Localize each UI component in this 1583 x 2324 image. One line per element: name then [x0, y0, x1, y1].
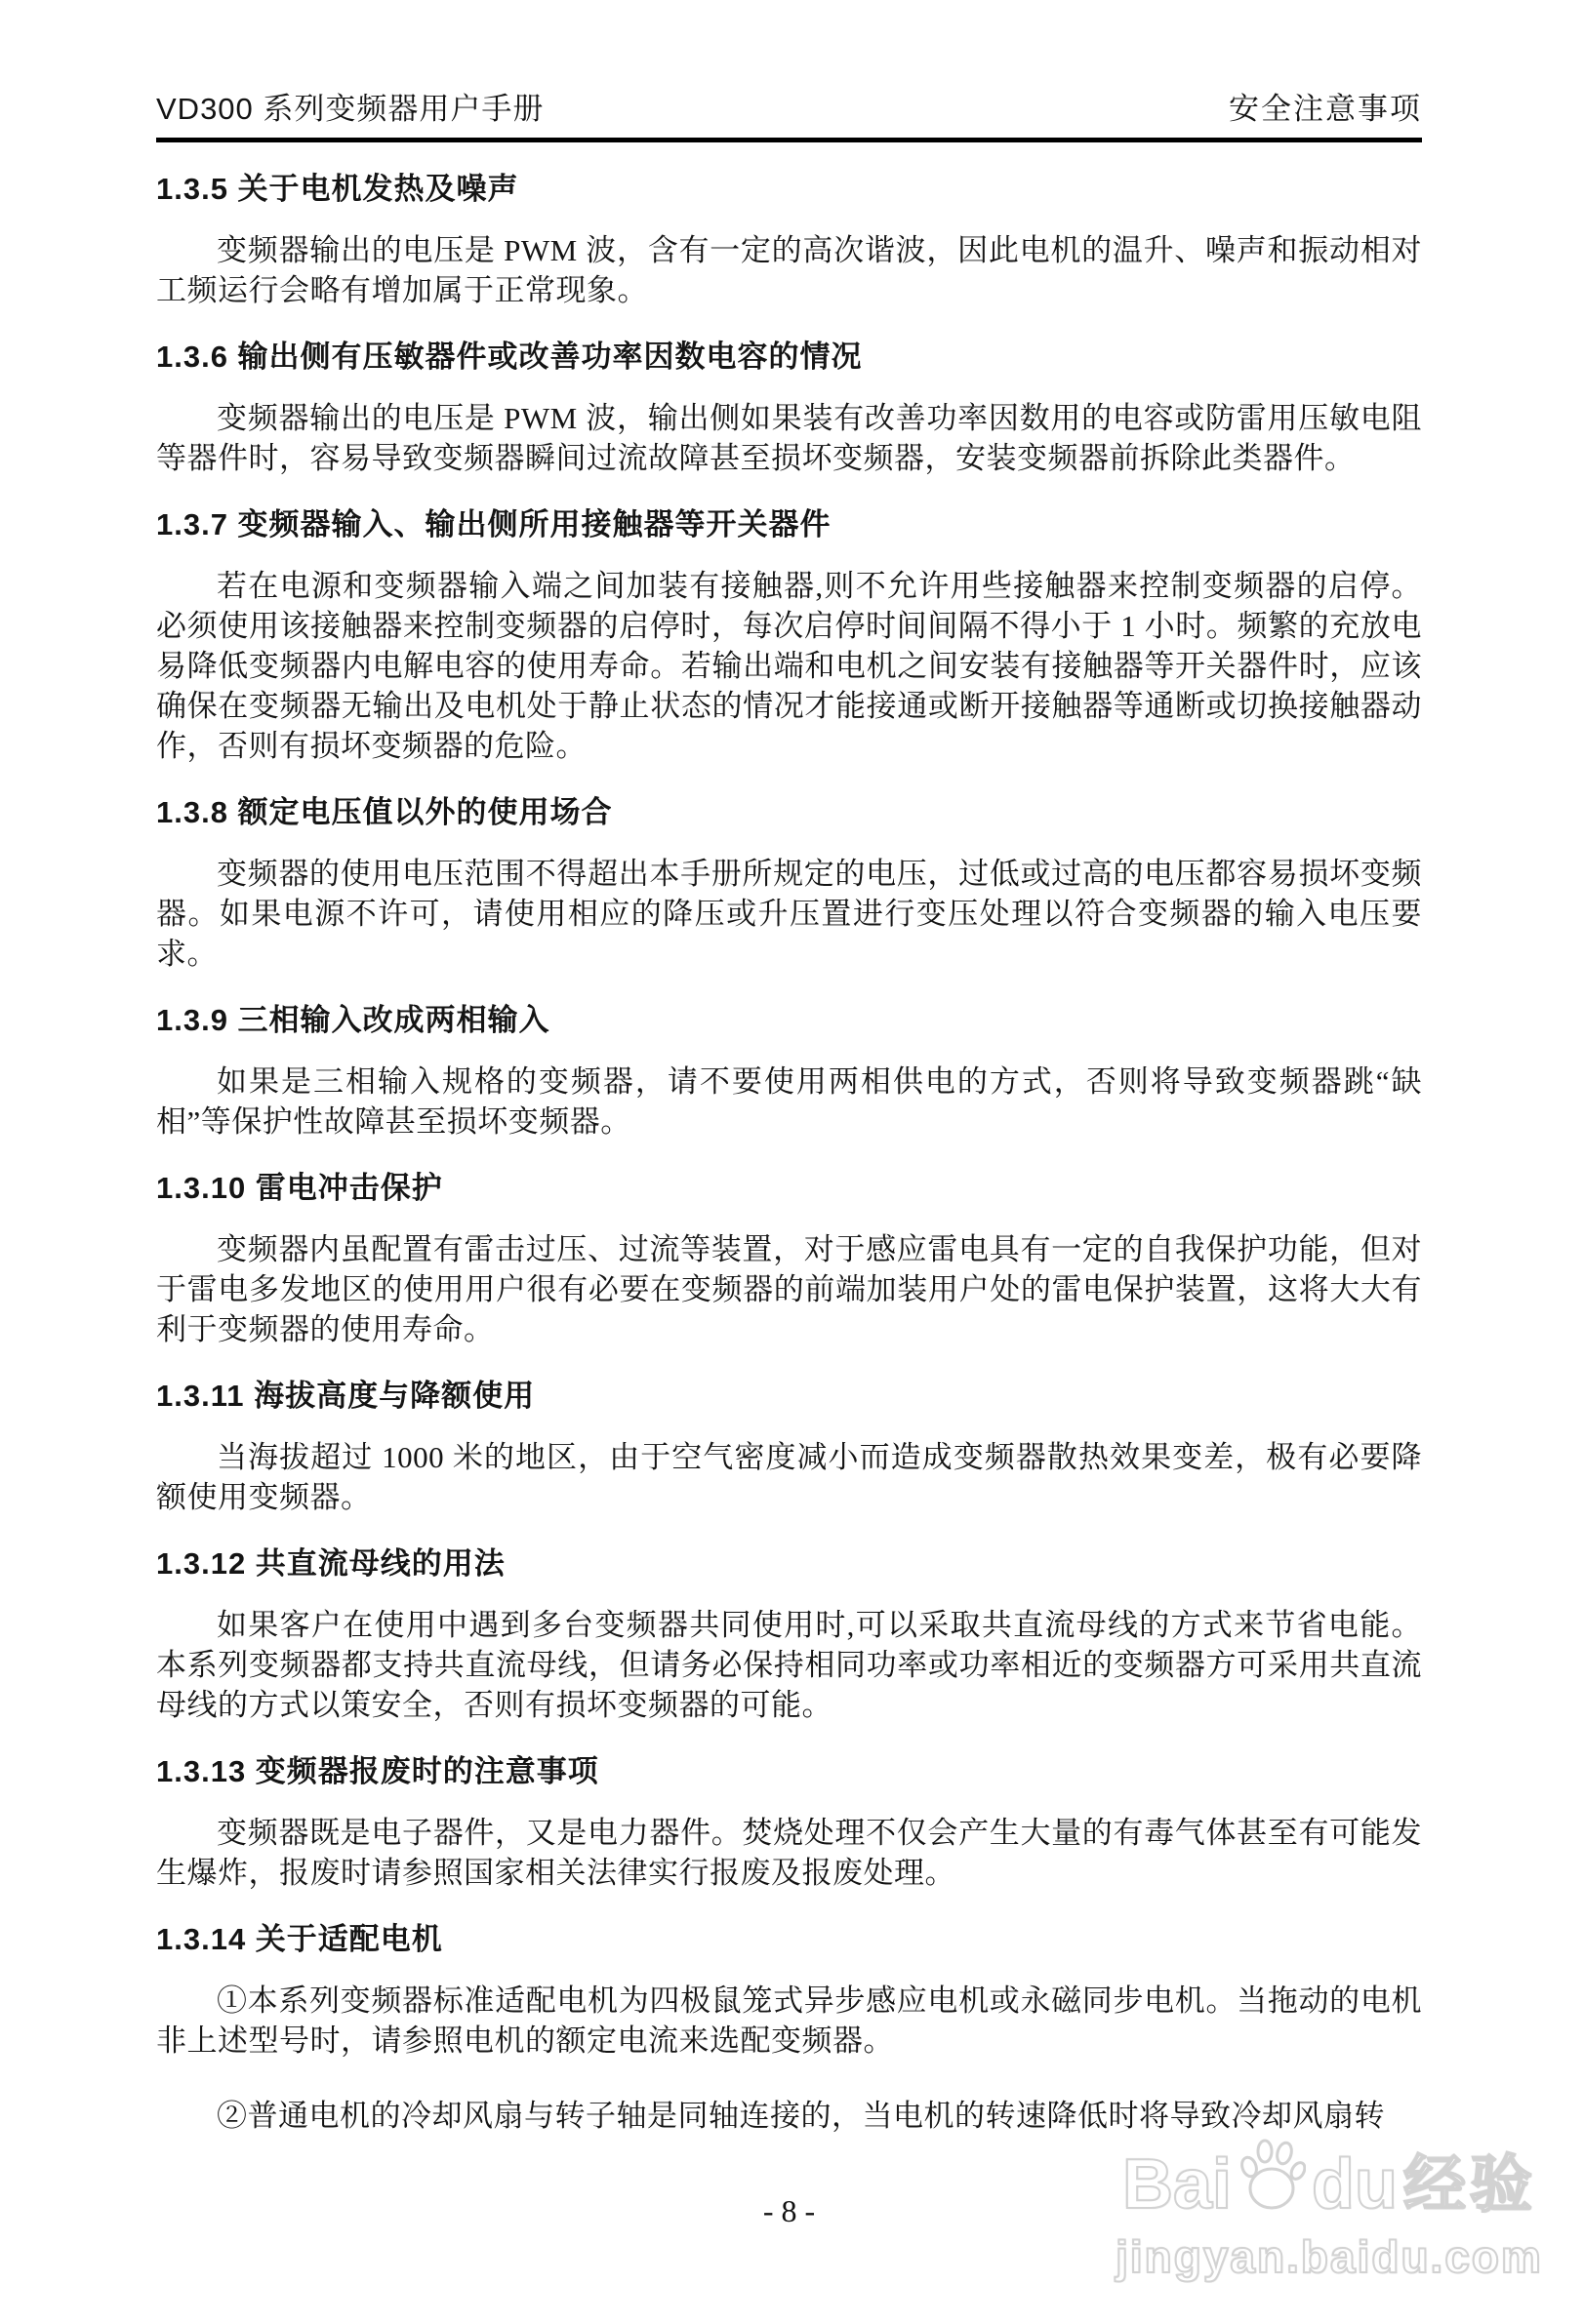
section-heading: 1.3.6 输出侧有压敏器件或改善功率因数电容的情况: [156, 340, 1422, 375]
page-number: - 8 -: [156, 2193, 1422, 2229]
manual-section: 1.3.13 变频器报废时的注意事项变频器既是电子器件，又是电力器件。焚烧处理不…: [156, 1754, 1422, 1893]
section-paragraph: 变频器既是电子器件，又是电力器件。焚烧处理不仅会产生大量的有毒气体甚至有可能发生…: [156, 1813, 1422, 1893]
section-heading: 1.3.10 雷电冲击保护: [156, 1171, 1422, 1206]
manual-section: 1.3.5 关于电机发热及噪声变频器输出的电压是 PWM 波，含有一定的高次谐波…: [156, 172, 1422, 310]
manual-title: VD300 系列变频器用户手册: [156, 84, 544, 128]
manual-section: 1.3.12 共直流母线的用法如果客户在使用中遇到多台变频器共同使用时,可以采取…: [156, 1546, 1422, 1725]
section-heading: 1.3.12 共直流母线的用法: [156, 1546, 1422, 1582]
manual-section: 1.3.8 额定电压值以外的使用场合变频器的使用电压范围不得超出本手册所规定的电…: [156, 795, 1422, 974]
section-heading: 1.3.11 海拔高度与降额使用: [156, 1379, 1422, 1414]
watermark-url: jingyan.baidu.com: [1100, 2233, 1559, 2280]
section-paragraph: 如果是三相输入规格的变频器，请不要使用两相供电的方式，否则将导致变频器跳“缺相”…: [156, 1062, 1422, 1142]
section-paragraph: 若在电源和变频器输入端之间加装有接触器,则不允许用些接触器来控制变频器的启停。必…: [156, 566, 1422, 766]
watermark-product-name: 经验: [1403, 2149, 1536, 2220]
manual-section: 1.3.7 变频器输入、输出侧所用接触器等开关器件若在电源和变频器输入端之间加装…: [156, 507, 1422, 766]
section-paragraph: 变频器的使用电压范围不得超出本手册所规定的电压，过低或过高的电压都容易损坏变频器…: [156, 854, 1422, 974]
section-paragraph: 变频器内虽配置有雷击过压、过流等装置，对于感应雷电具有一定的自我保护功能，但对于…: [156, 1229, 1422, 1349]
manual-section: 1.3.10 雷电冲击保护变频器内虽配置有雷击过压、过流等装置，对于感应雷电具有…: [156, 1171, 1422, 1349]
manual-section: 1.3.6 输出侧有压敏器件或改善功率因数电容的情况变频器输出的电压是 PWM …: [156, 340, 1422, 478]
page-content: VD300 系列变频器用户手册 安全注意事项 1.3.5 关于电机发热及噪声变频…: [0, 0, 1583, 2136]
section-heading: 1.3.8 额定电压值以外的使用场合: [156, 795, 1422, 830]
section-heading: 1.3.7 变频器输入、输出侧所用接触器等开关器件: [156, 507, 1422, 542]
section-paragraph: ②普通电机的冷却风扇与转子轴是同轴连接的，当电机的转速降低时将导致冷却风扇转: [156, 2096, 1422, 2136]
section-paragraph: 变频器输出的电压是 PWM 波，含有一定的高次谐波，因此电机的温升、噪声和振动相…: [156, 230, 1422, 310]
section-paragraph: 当海拔超过 1000 米的地区，由于空气密度减小而造成变频器散热效果变差，极有必…: [156, 1437, 1422, 1517]
section-heading: 1.3.13 变频器报废时的注意事项: [156, 1754, 1422, 1789]
section-paragraph: 如果客户在使用中遇到多台变频器共同使用时,可以采取共直流母线的方式来节省电能。本…: [156, 1605, 1422, 1725]
manual-section: 1.3.11 海拔高度与降额使用当海拔超过 1000 米的地区，由于空气密度减小…: [156, 1379, 1422, 1517]
section-heading: 1.3.5 关于电机发热及噪声: [156, 172, 1422, 207]
document-body: 1.3.5 关于电机发热及噪声变频器输出的电压是 PWM 波，含有一定的高次谐波…: [156, 172, 1422, 2136]
page-header: VD300 系列变频器用户手册 安全注意事项: [156, 84, 1422, 142]
section-paragraph: ①本系列变频器标准适配电机为四极鼠笼式异步感应电机或永磁同步电机。当拖动的电机非…: [156, 1981, 1422, 2061]
manual-section: 1.3.14 关于适配电机①本系列变频器标准适配电机为四极鼠笼式异步感应电机或永…: [156, 1922, 1422, 2136]
manual-page: VD300 系列变频器用户手册 安全注意事项 1.3.5 关于电机发热及噪声变频…: [0, 0, 1583, 2324]
section-paragraph: 变频器输出的电压是 PWM 波，输出侧如果装有改善功率因数用的电容或防雷用压敏电…: [156, 398, 1422, 478]
section-heading: 1.3.9 三相输入改成两相输入: [156, 1003, 1422, 1038]
manual-section: 1.3.9 三相输入改成两相输入如果是三相输入规格的变频器，请不要使用两相供电的…: [156, 1003, 1422, 1142]
section-heading: 1.3.14 关于适配电机: [156, 1922, 1422, 1957]
chapter-title: 安全注意事项: [1229, 84, 1422, 128]
